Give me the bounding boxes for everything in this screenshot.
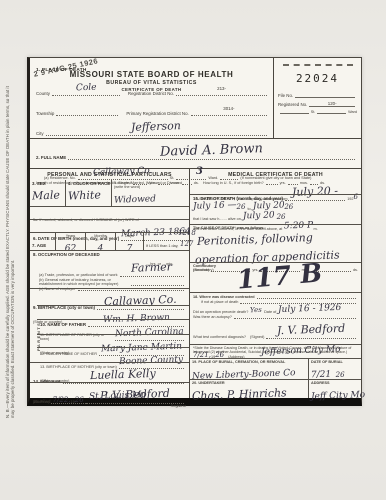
city-label: City [36,131,44,136]
burial-date-label: DATE OF BURIAL [311,360,359,364]
secondary-label: (Secondary) [193,268,237,272]
years-label: Years [58,234,83,238]
medical-column: 16. DATE OF DEATH (month, day, and year)… [190,180,361,398]
race-cell: 4. COLOR OR RACE White [66,180,112,206]
burial-label: 19. PLACE OF BURIAL, CREMATION, OR REMOV… [192,360,306,364]
registrar-signature: P. V. Bedford [100,388,170,401]
primary-district-label: Primary Registration District No. [126,111,188,116]
age-row: 7. AGE Years 62 Months 4 Days 7 [30,232,189,250]
sex-value: Male [32,190,60,202]
autopsy-line [234,315,356,319]
race-label: 4. COLOR OR RACE [68,181,109,186]
informant-value: Luella Kelly [90,368,156,381]
attended-from-value: July 16 — [193,201,237,212]
filed-row: 15. Filed 7/22, 19 26 P. V. Bedford Regi… [30,382,189,398]
last-saw-value: July 20 [243,211,275,221]
full-name-label: 2. FULL NAME [36,155,66,160]
contributory-code-value: 117 B [236,260,323,293]
ward-label: Ward [348,110,357,114]
reg-district-value: 213- [217,86,226,91]
ward-line [317,110,346,114]
county-label: County [36,91,50,96]
age-years-cell: Years 62 [56,233,86,250]
filed-year: 26 [75,397,84,404]
registrar-label: Registrar [33,404,186,408]
handwritten-mark-3: 3 [196,167,203,177]
days-label: Days [118,234,141,238]
occupation-row: 8. OCCUPATION OF DECEASED (a) Trade, pro… [30,250,189,288]
statistical-code-2: 127 [180,241,193,248]
header-right-box: 22024 File No. Registered No. 120- St. W… [273,58,361,138]
reg-district-line: 213- [176,77,267,96]
death-certificate: 2 9 AUG 25 1926 MISSOURI STATE BOARD OF … [27,57,362,406]
test-label: What test confirmed diagnosis? [193,335,246,339]
full-name-section: 2. FULL NAME David A. Brown (a) Residenc… [30,138,361,168]
statistical-code-1: 1218 [178,230,196,237]
st-label: St. [311,110,316,114]
where-contracted-label: 18. Where was disease contracted [193,295,255,299]
undertaker-address-label: ADDRESS [311,381,359,385]
burial-row: 19. PLACE OF BURIAL, CREMATION, OR REMOV… [190,358,361,379]
age-days-cell: Days 7 [116,233,144,250]
months-label: Months [88,234,113,238]
burial-date-cell: DATE OF BURIAL 7/21 26 [309,359,361,379]
primary-district-line: 3014- [191,97,267,116]
header-left: 2 9 AUG 25 1926 MISSOURI STATE BOARD OF … [30,58,273,138]
signature-line: J. V. Bedford [266,320,356,339]
cause-of-death-row: The CAUSE OF DEATH* was as follows: Peri… [190,224,361,262]
occupation-label: 8. OCCUPATION OF DECEASED [33,252,186,257]
birthplace-row: 9. BIRTHPLACE (city or town) Callaway Co… [30,288,189,305]
cause-label: The CAUSE OF DEATH* was as follows: [193,226,358,230]
file-no-label: File No. [278,93,293,98]
last-saw-label: that I last saw h....... alive on [193,217,241,221]
margin-note: N. B.—Every item of information should b… [5,86,16,418]
place-of-death-section: 1. PLACE OF DEATH County Cole Registrati… [30,56,273,138]
date-of-label: Date of [264,310,276,314]
filed-label: 15. Filed [33,399,51,404]
undertaker-signature: Chas. P. Hinrichs [192,387,287,401]
sex-race-marital-row: 3. SEX Male 4. COLOR OR RACE White 5. Si… [30,180,189,206]
burial-year-value: 26 [336,371,345,379]
certificate-header: 2 9 AUG 25 1926 MISSOURI STATE BOARD OF … [30,58,361,138]
certificate-columns: 1218 127 3. SEX Male 4. COLOR OR RACE Wh… [30,180,361,398]
scanned-page-background: N. B.—Every item of information should b… [0,0,386,500]
last-saw-year: 26 [277,214,286,221]
undertaker-label: 20. UNDERTAKER [192,381,306,385]
age-months-cell: Months 4 [86,233,116,250]
undertaker-cell: 20. UNDERTAKER Chas. P. Hinrichs [190,380,309,398]
filed-date: 7/22, [53,397,71,404]
where-contracted-line [257,295,356,299]
signed-label: (Signed) [250,335,264,339]
undertaker-address-cell: ADDRESS Jeff City Mo [309,380,361,398]
footnote-row: *State the Disease Causing Death, or in … [190,344,361,358]
medical-header-text: MEDICAL CERTIFICATE OF DEATH [228,172,323,178]
reg-district-label: Registration District No. [128,91,174,96]
occupation-a-label: (a) Trade, profession, or particular kin… [39,273,118,277]
attended-from-year: 26 [237,204,246,211]
registered-no-label: Registered No. [278,102,307,107]
township-line [56,112,118,116]
cause-line1: Peritonitis, following [197,232,313,247]
st-line [280,110,309,114]
date-of-death-row: 16. DATE OF DEATH (month, day, and year)… [190,180,361,194]
age-label: 7. AGE [32,243,46,248]
personal-column: 3. SEX Male 4. COLOR OR RACE White 5. Si… [30,180,190,398]
dashed-mark [283,64,353,66]
registered-no-value: 120- [328,101,337,106]
marital-label: 5. Single, Married, Widowed or Divorced … [114,181,187,189]
father-row: 10. NAME OF FATHER Wm. H. Brown [37,305,189,319]
autopsy-label: Was there an autopsy? [193,315,232,319]
occupation-b-line [131,282,184,286]
occupation-value: Farmer [131,261,172,273]
mother-row: 12. MAIDEN NAME OF MOTHER Mary Jane Mart… [37,334,189,347]
operation-date-value: July 16 - 1926 [278,304,342,315]
certificate-number: 22024 [278,72,357,85]
contributory-row: Contributory (Secondary) 117 B [190,262,361,292]
burial-place-cell: 19. PLACE OF BURIAL, CREMATION, OR REMOV… [190,359,309,379]
cause-footnote: *State the Disease Causing Death, or in … [193,346,358,355]
section-headers: PERSONAL AND STATISTICAL PARTICULARS 3 M… [30,168,361,180]
age-label-cell: 7. AGE [30,233,56,250]
occupation-b-label: (b) General nature of industry, business… [39,278,129,286]
undertaker-address-value: Jeff City Mo [311,391,365,402]
dob-row: 6. DATE OF BIRTH (month, day, and year) … [30,219,189,232]
disease-contracted-row: 18. Where was disease contracted if not … [190,292,361,344]
full-name-line: David A. Brown [68,141,355,160]
county-value: Cole [76,84,97,94]
spouse-row: 5a. If married, widowed, or divorced HUS… [30,206,189,219]
place-of-death-label: 1. PLACE OF DEATH [36,68,86,73]
sex-cell: 3. SEX Male [30,180,66,206]
operation-label: Did an operation precede death? [193,310,248,314]
certify-row: 17. I HEREBY CERTIFY, That I attended de… [190,194,361,224]
where-contracted-label2: if not at place of death [201,300,238,304]
county-line: Cole [52,77,120,96]
attended-to-year: 26 [284,204,293,211]
undertaker-row: 20. UNDERTAKER Chas. P. Hinrichs ADDRESS… [190,379,361,398]
marital-cell: 5. Single, Married, Widowed or Divorced … [112,180,189,206]
file-no-line [295,94,355,98]
marital-value: Widowed [114,195,156,205]
primary-district-value: 3014- [223,106,234,111]
physician-signature: J. V. Bedford [277,323,346,336]
city-line: Jefferson [46,117,267,136]
full-name-value: David A. Brown [160,142,263,159]
operation-value: Yes [250,307,262,314]
registered-no-line: 120- [309,101,355,107]
township-label: Township [36,111,54,116]
father-birthplace-row: 11. BIRTHPLACE OF FATHER (city or town) … [37,319,189,334]
medical-section-header: 3 MEDICAL CERTIFICATE OF DEATH [190,169,361,180]
race-value: White [68,189,101,201]
city-value: Jefferson [131,120,181,133]
informant-row: 14. Informant Luella Kelly (Address) St.… [30,362,189,382]
mother-birthplace-row: 13. BIRTHPLACE OF MOTHER (city or town) … [37,347,189,362]
sex-label: 3. SEX [32,181,63,186]
registrar-line: P. V. Bedford [86,385,184,404]
occupation-a-line: Farmer [120,258,184,277]
parents-band: PARENTS 10. NAME OF FATHER Wm. H. Brown … [30,305,189,362]
